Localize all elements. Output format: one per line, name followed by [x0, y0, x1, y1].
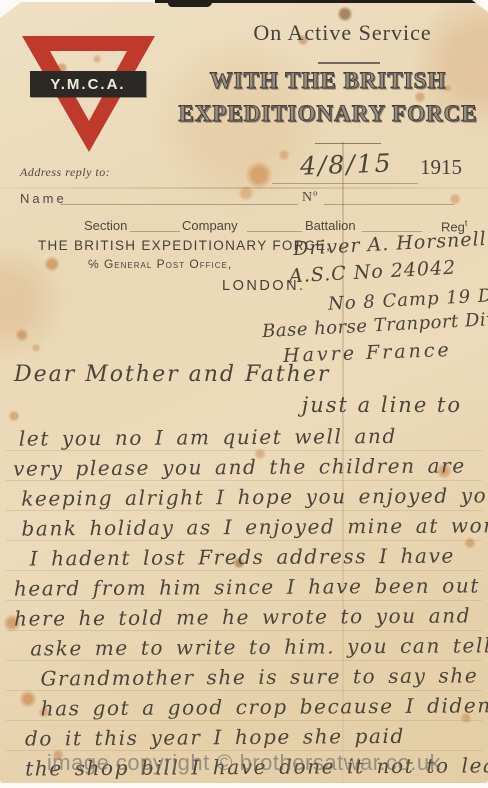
letter-body-line: here he told me he wrote to you and: [14, 600, 480, 633]
horizontal-fold-crease: [0, 187, 488, 189]
on-active-service-heading: On Active Service: [200, 20, 485, 46]
sender-unit-number: A.S.C No 24042: [289, 257, 457, 288]
company-field-line: [247, 230, 302, 232]
ymca-banner-label: Y.M.C.A.: [50, 76, 125, 93]
header-divider-rule: [318, 62, 380, 64]
printed-year: 1915: [420, 155, 462, 180]
address-reply-label: Address reply to:: [20, 165, 110, 180]
org-address-line1: THE BRITISH EXPEDITIONARY FORCE,: [38, 238, 331, 253]
letter-paper: Y.M.C.A. On Active Service WITH THE BRIT…: [0, 2, 488, 783]
letter-body-line: do it this year I hope she paid: [15, 720, 481, 753]
handwritten-date: 4/8/15: [300, 148, 393, 180]
letter-body-line: bank holiday as I enjoyed mine at work: [13, 510, 479, 543]
letter-body-line: heard from him since I have been out: [14, 570, 480, 603]
letter-opening-line: just a line to: [302, 393, 462, 417]
name-field-line: [60, 203, 298, 205]
letter-body-line: keeping alright I hope you enjoyed your: [13, 480, 479, 513]
paper-corner-clip-topright: [472, 0, 488, 12]
letter-body-line: let you no I am quiet well and: [13, 420, 479, 453]
letter-body-line: has got a good crop because I dident: [15, 690, 481, 723]
letter-body-line: Grandmother she is sure to say she: [14, 660, 480, 693]
ymca-banner: Y.M.C.A.: [30, 71, 146, 97]
number-field-label: Nº: [302, 190, 318, 206]
number-field-line: [324, 203, 454, 205]
column-label-section: Section: [84, 218, 127, 233]
date-field-line: [272, 182, 418, 184]
column-label-battalion: Battalion: [305, 218, 356, 233]
scan-top-edge-tear: [168, 0, 212, 7]
ymca-logo: Y.M.C.A.: [20, 34, 158, 156]
section-field-line: [130, 230, 180, 232]
regiment-label-superscript: t: [465, 218, 468, 228]
paper-corner-clip-topleft: [0, 0, 24, 18]
sender-division: Base horse Tranport Div: [262, 309, 488, 342]
column-label-company: Company: [182, 218, 238, 233]
letter-salutation: Dear Mother and Father: [14, 362, 330, 387]
title-divider-rule: [315, 143, 381, 144]
letter-body: let you no I am quiet well and very plea…: [13, 420, 482, 783]
copyright-watermark: image copyright © brothersatwar.co.uk: [0, 750, 488, 776]
letter-body-line: I hadent lost Freds address I have: [14, 540, 480, 573]
org-address-line2: ℅ General Post Office,: [88, 257, 232, 271]
letter-scan: Y.M.C.A. On Active Service WITH THE BRIT…: [0, 0, 488, 788]
bef-title-line1: WITH THE BRITISH: [172, 68, 484, 94]
letter-body-line: aske me to write to him. you can tell: [14, 630, 480, 663]
bef-title-line2: EXPEDITIONARY FORCE: [172, 101, 484, 127]
letter-body-line: very please you and the children are: [13, 450, 479, 483]
